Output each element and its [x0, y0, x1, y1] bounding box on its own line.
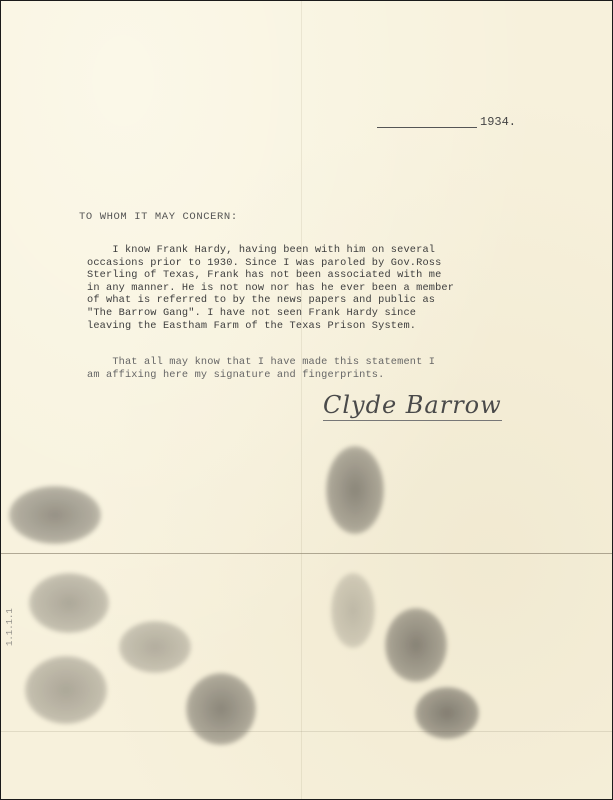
fingerprint-4 [25, 656, 107, 724]
document-page: 1934. TO WHOM IT MAY CONCERN: I know Fra… [1, 1, 612, 799]
date-blank-line [377, 121, 477, 128]
fingerprint-3 [119, 621, 191, 673]
fingerprint-9 [415, 687, 479, 739]
fingerprint-1 [9, 486, 101, 544]
margin-pencil-note: 1.1.1.1 [5, 556, 15, 646]
paragraph-2: That all may know that I have made this … [87, 356, 527, 381]
fold-crease-lower [1, 731, 612, 732]
fold-crease-horizontal [1, 553, 612, 554]
fold-crease-vertical [301, 1, 302, 799]
date-year: 1934. [480, 115, 516, 129]
salutation: TO WHOM IT MAY CONCERN: [79, 211, 238, 223]
fingerprint-5 [186, 673, 256, 745]
fingerprint-2 [29, 573, 109, 633]
fingerprint-6 [326, 446, 384, 534]
paragraph-1: I know Frank Hardy, having been with him… [87, 244, 527, 332]
fingerprint-8 [385, 608, 447, 682]
fingerprint-7 [331, 573, 375, 648]
signature: Clyde Barrow [323, 391, 502, 421]
